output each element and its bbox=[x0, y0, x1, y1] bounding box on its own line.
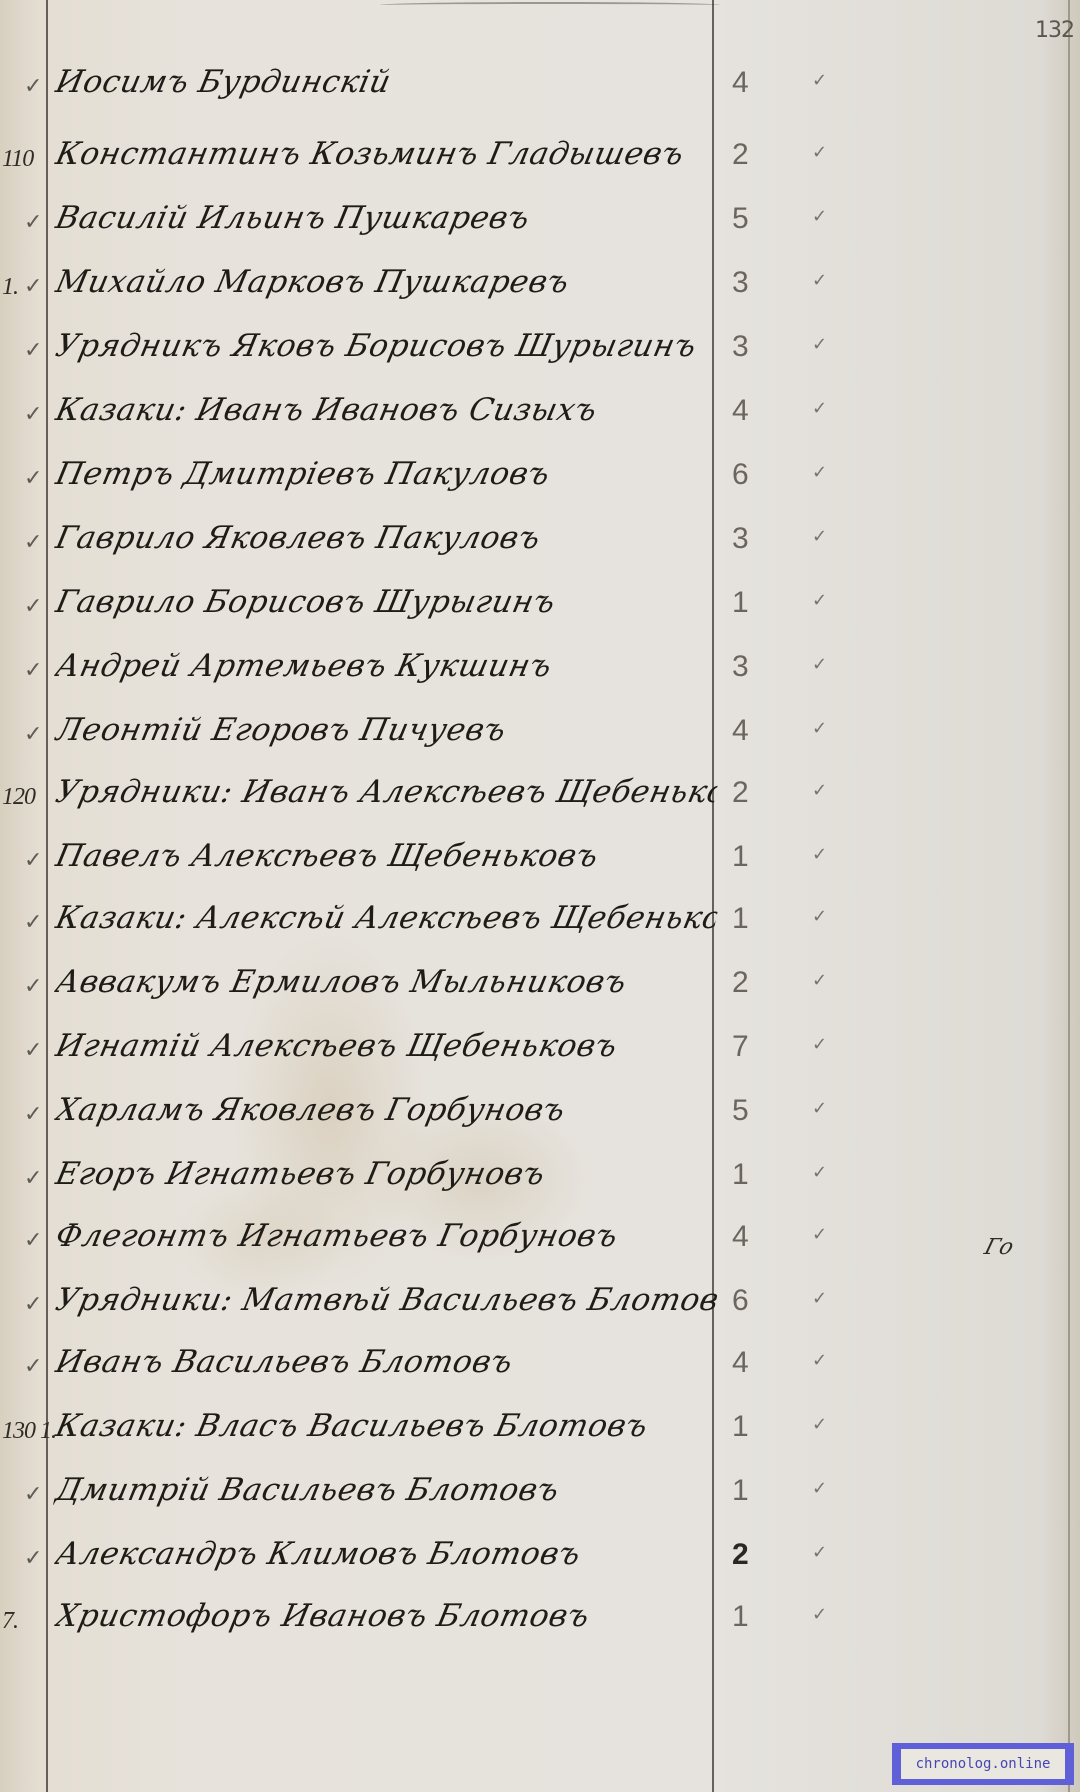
register-entry: ✓Павелъ Алексѣевъ Щебеньковъ1✓ bbox=[0, 830, 1080, 890]
entry-name: Василій Ильинъ Пушкаревъ bbox=[52, 198, 721, 238]
tick-mark-icon: ✓ bbox=[812, 206, 827, 227]
check-mark-icon: ✓ bbox=[24, 338, 42, 363]
entry-count: 1 bbox=[732, 1474, 749, 1508]
check-mark-icon: ✓ bbox=[24, 1166, 42, 1191]
register-entry: ✓Казаки: Алексѣй Алексѣевъ Щебеньковъ1✓ bbox=[0, 892, 1080, 952]
entry-count: 5 bbox=[732, 202, 749, 236]
entry-name: Урядникъ Яковъ Борисовъ Шурыгинъ bbox=[52, 326, 721, 366]
entry-count: 5 bbox=[732, 1094, 749, 1128]
register-entry: 7.Христофоръ Ивановъ Блотовъ1✓ bbox=[0, 1590, 1080, 1650]
tick-mark-icon: ✓ bbox=[812, 844, 827, 865]
top-pencil-stroke bbox=[380, 2, 720, 8]
entry-count: 3 bbox=[732, 522, 749, 556]
register-entry: ✓Гаврило Яковлевъ Пакуловъ3✓ bbox=[0, 512, 1080, 572]
register-entry: ✓Александръ Климовъ Блотовъ2✓ bbox=[0, 1528, 1080, 1588]
entry-count: 2 bbox=[732, 776, 749, 810]
check-mark-icon: ✓ bbox=[24, 1354, 42, 1379]
register-entry: ✓Игнатій Алексѣевъ Щебеньковъ7✓ bbox=[0, 1020, 1080, 1080]
margin-number: 120 bbox=[2, 784, 35, 811]
entry-count: 4 bbox=[732, 1220, 749, 1254]
check-mark-icon: ✓ bbox=[24, 722, 42, 747]
margin-number: 110 bbox=[2, 146, 33, 173]
register-entry: ✓Иосимъ Бурдинскій4✓ bbox=[0, 56, 1080, 116]
margin-number: 7. bbox=[2, 1608, 18, 1635]
check-mark-icon: ✓ bbox=[24, 74, 42, 99]
check-mark-icon: ✓ bbox=[24, 466, 42, 491]
register-entry: ✓Харламъ Яковлевъ Горбуновъ5✓ bbox=[0, 1084, 1080, 1144]
entry-name: Александръ Климовъ Блотовъ bbox=[52, 1534, 721, 1574]
watermark-text: chronolog.online bbox=[901, 1749, 1065, 1779]
entry-name: Игнатій Алексѣевъ Щебеньковъ bbox=[52, 1026, 721, 1066]
entry-count: 3 bbox=[732, 266, 749, 300]
tick-mark-icon: ✓ bbox=[812, 1604, 827, 1625]
entry-name: Гаврило Яковлевъ Пакуловъ bbox=[52, 518, 721, 558]
check-mark-icon: ✓ bbox=[24, 402, 42, 427]
entry-name: Дмитрій Васильевъ Блотовъ bbox=[52, 1470, 721, 1510]
entry-name: Константинъ Козьминъ Гладышевъ bbox=[52, 134, 721, 174]
entry-count: 4 bbox=[732, 394, 749, 428]
register-page: 132 ✓Иосимъ Бурдинскій4✓110Константинъ К… bbox=[0, 0, 1080, 1792]
tick-mark-icon: ✓ bbox=[812, 1414, 827, 1435]
tick-mark-icon: ✓ bbox=[812, 398, 827, 419]
register-entry: ✓Гаврило Борисовъ Шурыгинъ1✓ bbox=[0, 576, 1080, 636]
entry-name: Леонтій Егоровъ Пичуевъ bbox=[52, 710, 721, 750]
entry-name: Андрей Артемьевъ Кукшинъ bbox=[52, 646, 721, 686]
entry-name: Иванъ Васильевъ Блотовъ bbox=[52, 1342, 721, 1382]
tick-mark-icon: ✓ bbox=[812, 1350, 827, 1371]
tick-mark-icon: ✓ bbox=[812, 1542, 827, 1563]
entry-name: Иосимъ Бурдинскій bbox=[52, 62, 721, 102]
register-entry: ✓Казаки: Иванъ Ивановъ Сизыхъ4✓ bbox=[0, 384, 1080, 444]
entry-count: 1 bbox=[732, 902, 749, 936]
check-mark-icon: ✓ bbox=[24, 530, 42, 555]
register-entry: 110Константинъ Козьминъ Гладышевъ2✓ bbox=[0, 128, 1080, 188]
register-entry: 1.✓Михайло Марковъ Пушкаревъ3✓ bbox=[0, 256, 1080, 316]
entry-name: Петръ Дмитріевъ Пакуловъ bbox=[52, 454, 721, 494]
check-mark-icon: ✓ bbox=[24, 1228, 42, 1253]
check-mark-icon: ✓ bbox=[24, 594, 42, 619]
tick-mark-icon: ✓ bbox=[812, 334, 827, 355]
entry-count: 3 bbox=[732, 330, 749, 364]
entry-count: 2 bbox=[732, 966, 749, 1000]
register-entry: ✓Урядники: Матвѣй Васильевъ Блотовъ6✓ bbox=[0, 1274, 1080, 1334]
entry-name: Егоръ Игнатьевъ Горбуновъ bbox=[52, 1154, 721, 1194]
entry-name: Казаки: Алексѣй Алексѣевъ Щебеньковъ bbox=[52, 898, 721, 938]
tick-mark-icon: ✓ bbox=[812, 526, 827, 547]
tick-mark-icon: ✓ bbox=[812, 970, 827, 991]
tick-mark-icon: ✓ bbox=[812, 654, 827, 675]
register-entry: ✓Егоръ Игнатьевъ Горбуновъ1✓ bbox=[0, 1148, 1080, 1208]
entry-name: Казаки: Иванъ Ивановъ Сизыхъ bbox=[52, 390, 721, 430]
tick-mark-icon: ✓ bbox=[812, 1098, 827, 1119]
register-entry: ✓Иванъ Васильевъ Блотовъ4✓ bbox=[0, 1336, 1080, 1396]
entry-count: 6 bbox=[732, 1284, 749, 1318]
entry-count: 3 bbox=[732, 650, 749, 684]
tick-mark-icon: ✓ bbox=[812, 906, 827, 927]
check-mark-icon: ✓ bbox=[24, 1038, 42, 1063]
register-entry: ✓Дмитрій Васильевъ Блотовъ1✓ bbox=[0, 1464, 1080, 1524]
entry-count: 2 bbox=[732, 1538, 749, 1572]
check-mark-icon: ✓ bbox=[24, 658, 42, 683]
check-mark-icon: ✓ bbox=[24, 210, 42, 235]
entry-count: 7 bbox=[732, 1030, 749, 1064]
entry-count: 4 bbox=[732, 66, 749, 100]
tick-mark-icon: ✓ bbox=[812, 142, 827, 163]
register-entry: ✓Урядникъ Яковъ Борисовъ Шурыгинъ3✓ bbox=[0, 320, 1080, 380]
entry-name: Казаки: Власъ Васильевъ Блотовъ bbox=[52, 1406, 721, 1446]
tick-mark-icon: ✓ bbox=[812, 1224, 827, 1245]
register-entry: 130 1.Казаки: Власъ Васильевъ Блотовъ1✓ bbox=[0, 1400, 1080, 1460]
register-entry: ✓Леонтій Егоровъ Пичуевъ4✓ bbox=[0, 704, 1080, 764]
check-mark-icon: ✓ bbox=[24, 1102, 42, 1127]
register-entry: 120Урядники: Иванъ Алексѣевъ Щебеньковъ2… bbox=[0, 766, 1080, 826]
tick-mark-icon: ✓ bbox=[812, 780, 827, 801]
entry-name: Христофоръ Ивановъ Блотовъ bbox=[52, 1596, 721, 1636]
register-entry: ✓Василій Ильинъ Пушкаревъ5✓ bbox=[0, 192, 1080, 252]
tick-mark-icon: ✓ bbox=[812, 462, 827, 483]
entry-name: Харламъ Яковлевъ Горбуновъ bbox=[52, 1090, 721, 1130]
entry-count: 1 bbox=[732, 840, 749, 874]
entry-count: 1 bbox=[732, 586, 749, 620]
entry-name: Гаврило Борисовъ Шурыгинъ bbox=[52, 582, 721, 622]
check-mark-icon: ✓ bbox=[24, 1482, 42, 1507]
entry-count: 4 bbox=[732, 714, 749, 748]
tick-mark-icon: ✓ bbox=[812, 70, 827, 91]
register-entry: ✓Петръ Дмитріевъ Пакуловъ6✓ bbox=[0, 448, 1080, 508]
tick-mark-icon: ✓ bbox=[812, 1478, 827, 1499]
tick-mark-icon: ✓ bbox=[812, 718, 827, 739]
entry-name: Павелъ Алексѣевъ Щебеньковъ bbox=[52, 836, 721, 876]
watermark-badge[interactable]: chronolog.online bbox=[892, 1743, 1074, 1785]
check-mark-icon: ✓ bbox=[24, 910, 42, 935]
tick-mark-icon: ✓ bbox=[812, 590, 827, 611]
margin-number: 1. bbox=[2, 274, 18, 301]
entry-count: 6 bbox=[732, 458, 749, 492]
tick-mark-icon: ✓ bbox=[812, 1288, 827, 1309]
tick-mark-icon: ✓ bbox=[812, 270, 827, 291]
tick-mark-icon: ✓ bbox=[812, 1162, 827, 1183]
tick-mark-icon: ✓ bbox=[812, 1034, 827, 1055]
entry-count: 1 bbox=[732, 1410, 749, 1444]
entry-count: 4 bbox=[732, 1346, 749, 1380]
entry-count: 1 bbox=[732, 1158, 749, 1192]
margin-number: 130 1. bbox=[2, 1418, 56, 1445]
entry-name: Урядники: Матвѣй Васильевъ Блотовъ bbox=[52, 1280, 721, 1320]
folio-number: 132 bbox=[1035, 18, 1074, 43]
entry-name: Флегонтъ Игнатьевъ Горбуновъ bbox=[52, 1216, 721, 1256]
register-entry: ✓Аввакумъ Ермиловъ Мыльниковъ2✓ bbox=[0, 956, 1080, 1016]
check-mark-icon: ✓ bbox=[24, 974, 42, 999]
entry-name: Аввакумъ Ермиловъ Мыльниковъ bbox=[52, 962, 721, 1002]
entry-count: 2 bbox=[732, 138, 749, 172]
check-mark-icon: ✓ bbox=[24, 1292, 42, 1317]
entry-name: Урядники: Иванъ Алексѣевъ Щебеньковъ bbox=[52, 772, 721, 812]
entry-name: Михайло Марковъ Пушкаревъ bbox=[52, 262, 721, 302]
entry-count: 1 bbox=[732, 1600, 749, 1634]
check-mark-icon: ✓ bbox=[24, 274, 42, 299]
check-mark-icon: ✓ bbox=[24, 848, 42, 873]
register-entry: ✓Андрей Артемьевъ Кукшинъ3✓ bbox=[0, 640, 1080, 700]
register-entry: ✓Флегонтъ Игнатьевъ Горбуновъ4✓ bbox=[0, 1210, 1080, 1270]
check-mark-icon: ✓ bbox=[24, 1546, 42, 1571]
